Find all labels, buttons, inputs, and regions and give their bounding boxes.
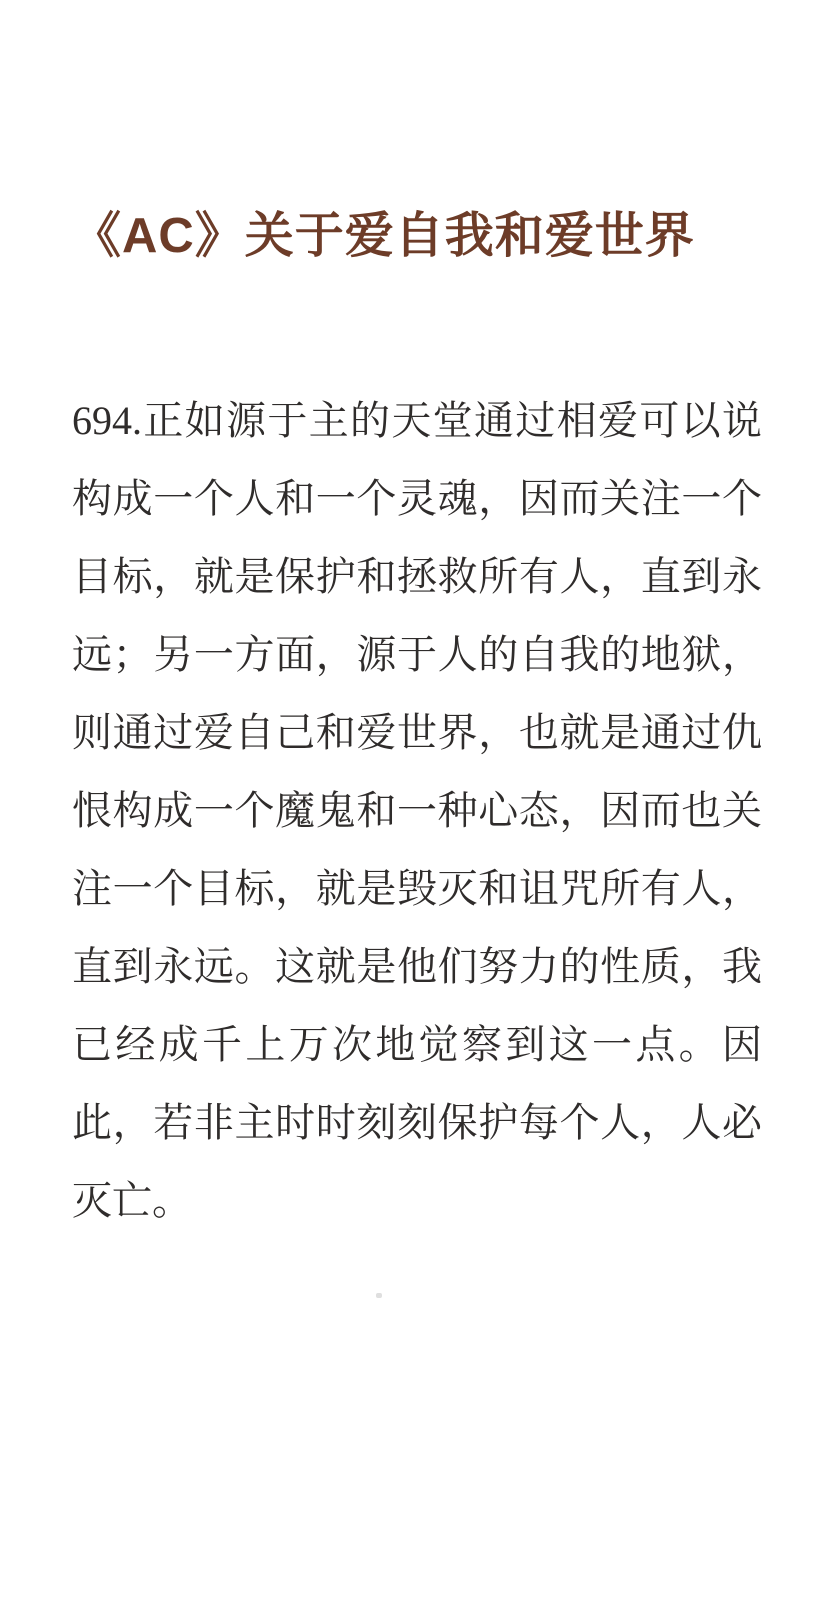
page: 《AC》关于爱自我和爱世界 694.正如源于主的天堂通过相爱可以说构成一个人和一…	[0, 0, 833, 1600]
smudge-artifact	[376, 1293, 382, 1298]
paragraph-line: 构成一个人和一个灵魂，因而关注一个	[72, 460, 762, 538]
paragraph-line: 恨构成一个魔鬼和一种心态，因而也关	[72, 772, 762, 850]
paragraph: 694.正如源于主的天堂通过相爱可以说构成一个人和一个灵魂，因而关注一个目标，就…	[72, 382, 762, 1240]
paragraph-line: 灭亡。	[72, 1162, 762, 1240]
paragraph-line: 此，若非主时时刻刻保护每个人，人必	[72, 1084, 762, 1162]
paragraph-line: 已经成千上万次地觉察到这一点。因	[72, 1006, 762, 1084]
paragraph-line: 注一个目标，就是毁灭和诅咒所有人，	[72, 850, 762, 928]
paragraph-line: 目标，就是保护和拯救所有人，直到永	[72, 538, 762, 616]
paragraph-line: 694.正如源于主的天堂通过相爱可以说	[72, 382, 762, 460]
paragraph-line: 则通过爱自己和爱世界，也就是通过仇	[72, 694, 762, 772]
paragraph-line: 远；另一方面，源于人的自我的地狱，	[72, 616, 762, 694]
page-title: 《AC》关于爱自我和爱世界	[72, 206, 695, 266]
paragraph-line: 直到永远。这就是他们努力的性质，我	[72, 928, 762, 1006]
